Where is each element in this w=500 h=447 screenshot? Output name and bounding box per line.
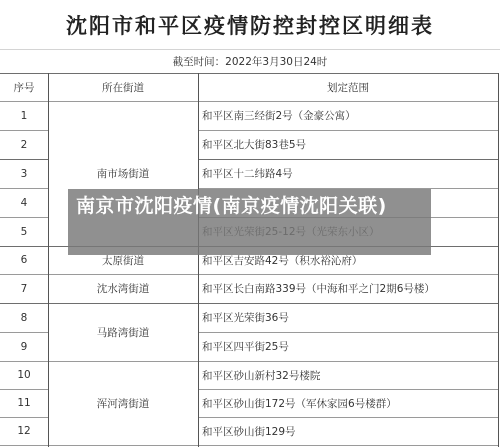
row-8-serial: 8 xyxy=(0,303,48,332)
grid-line xyxy=(0,130,48,131)
street-cell-shenshuiwan: 沈水湾街道 xyxy=(48,274,198,303)
row-1-range: 和平区南三经街2号（金豪公寓） xyxy=(198,101,498,130)
grid-line xyxy=(0,73,499,74)
row-2-range: 和平区北大街83巷5号 xyxy=(198,130,498,159)
grid-line xyxy=(198,130,499,131)
grid-line xyxy=(0,445,499,446)
row-7-range: 和平区长白南路339号（中海和平之门2期6号楼） xyxy=(198,274,498,303)
header-serial: 序号 xyxy=(0,73,48,101)
cutoff-time: 截至时间：2022年3月30日24时 xyxy=(0,50,500,73)
grid-line xyxy=(498,73,499,447)
row-4-serial: 4 xyxy=(0,188,48,217)
caption-text: 南京市沈阳疫情(南京疫情沈阳关联) xyxy=(76,194,426,218)
grid-line xyxy=(0,101,499,102)
row-9-serial: 9 xyxy=(0,332,48,361)
grid-line xyxy=(0,417,48,418)
grid-line xyxy=(48,73,49,447)
street-cell-hunhewan: 浑河湾街道 xyxy=(48,361,198,445)
row-3-range: 和平区十二纬路4号 xyxy=(198,159,498,188)
grid-line xyxy=(0,159,48,160)
row-7-serial: 7 xyxy=(0,274,48,303)
row-8-range: 和平区光荣街36号 xyxy=(198,303,498,332)
grid-line xyxy=(0,217,48,218)
header-street: 所在街道 xyxy=(48,73,198,101)
grid-line xyxy=(198,389,499,390)
row-11-serial: 11 xyxy=(0,389,48,417)
row-3-serial: 3 xyxy=(0,159,48,188)
row-12-range: 和平区砂山街129号 xyxy=(198,417,498,445)
street-cell-maluwan: 马路湾街道 xyxy=(48,303,198,361)
row-6-serial: 6 xyxy=(0,246,48,274)
row-12-serial: 12 xyxy=(0,417,48,445)
grid-line xyxy=(0,274,499,275)
caption-overlay: 南京市沈阳疫情(南京疫情沈阳关联) xyxy=(68,189,431,255)
row-11-range: 和平区砂山街172号（军休家园6号楼群） xyxy=(198,389,498,417)
grid-line xyxy=(198,332,499,333)
row-10-serial: 10 xyxy=(0,361,48,389)
grid-line xyxy=(0,303,499,304)
grid-line xyxy=(198,159,499,160)
row-9-range: 和平区四平街25号 xyxy=(198,332,498,361)
grid-line xyxy=(0,188,48,189)
header-range: 划定范围 xyxy=(198,73,498,101)
row-2-serial: 2 xyxy=(0,130,48,159)
row-1-serial: 1 xyxy=(0,101,48,130)
grid-line xyxy=(0,332,48,333)
grid-line xyxy=(0,389,48,390)
document-title: 沈阳市和平区疫情防控封控区明细表 xyxy=(0,0,500,50)
grid-line xyxy=(0,361,499,362)
grid-line xyxy=(198,417,499,418)
row-5-serial: 5 xyxy=(0,217,48,246)
row-10-range: 和平区砂山新村32号楼院 xyxy=(198,361,498,389)
grid-line xyxy=(198,73,199,447)
